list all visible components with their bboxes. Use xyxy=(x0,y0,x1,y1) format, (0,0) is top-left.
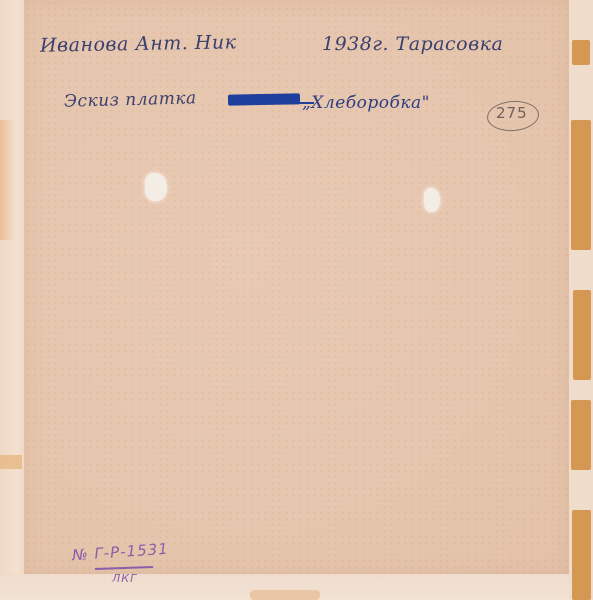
inventory-number: 275 xyxy=(496,104,528,122)
glue-spot-right xyxy=(424,188,440,212)
artwork-reverse-photo: Иванова Ант. Ник 1938г. Тарасовка Эскиз … xyxy=(0,0,593,600)
left-edge-stain xyxy=(0,120,14,240)
glue-residue xyxy=(571,120,591,250)
struck-out-word xyxy=(228,93,300,105)
right-edge-strip xyxy=(569,0,593,600)
glue-spot-left xyxy=(145,173,167,201)
paper-sheet xyxy=(24,0,569,574)
glue-residue xyxy=(573,290,591,380)
paper-texture xyxy=(24,0,569,574)
glue-residue xyxy=(572,510,591,600)
left-edge-stain xyxy=(0,455,22,469)
bottom-stain xyxy=(250,590,320,600)
title-inscription: „Хлеборобка" xyxy=(302,93,430,113)
year-place-inscription: 1938г. Тарасовка xyxy=(322,33,503,55)
author-inscription: Иванова Ант. Ник xyxy=(40,31,237,56)
glue-residue xyxy=(571,400,591,470)
accession-subscript: ЛКГ xyxy=(112,572,137,585)
description-inscription: Эскиз платка xyxy=(64,88,197,111)
glue-residue xyxy=(572,40,590,65)
